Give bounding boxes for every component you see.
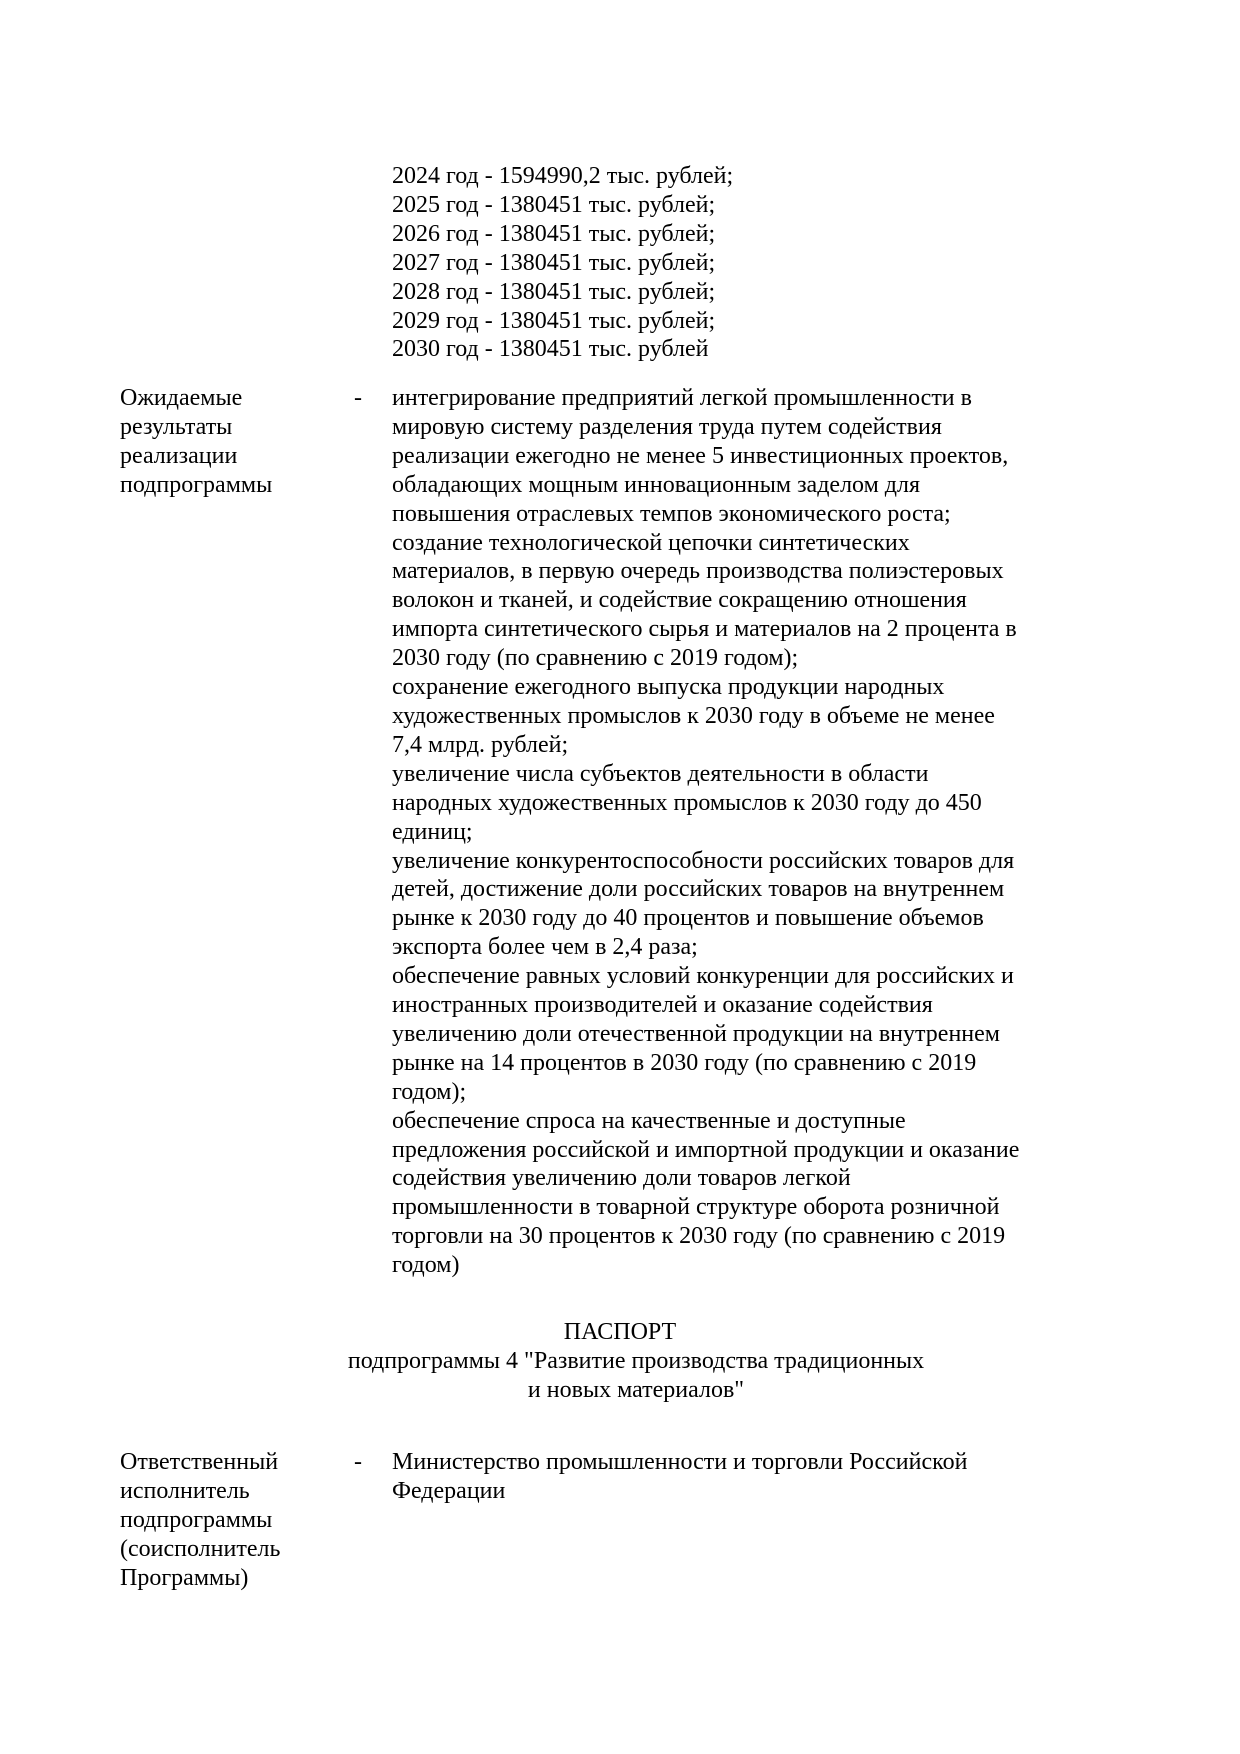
- label-line: Программы): [120, 1564, 350, 1593]
- value-line: детей, достижение доли российских товаро…: [392, 875, 1072, 904]
- funding-line-2026: 2026 год - 1380451 тыс. рублей;: [392, 220, 733, 249]
- funding-line-2025: 2025 год - 1380451 тыс. рублей;: [392, 191, 733, 220]
- value-line: художественных промыслов к 2030 году в о…: [392, 702, 1072, 731]
- value-line: рынке к 2030 году до 40 процентов и повы…: [392, 904, 1072, 933]
- value-line: годом);: [392, 1078, 1072, 1107]
- value-line: 7,4 млрд. рублей;: [392, 731, 1072, 760]
- value-line: торговли на 30 процентов к 2030 году (по…: [392, 1222, 1072, 1251]
- value-line: увеличение числа субъектов деятельности …: [392, 760, 1072, 789]
- label-line: Ожидаемые: [120, 384, 350, 413]
- passport-heading: ПАСПОРТ подпрограммы 4 "Развитие произво…: [0, 1318, 1240, 1405]
- label-line: подпрограммы: [120, 471, 350, 500]
- label-line: (соисполнитель: [120, 1535, 350, 1564]
- passport-subtitle-line-2: и новых материалов": [16, 1376, 1240, 1405]
- value-line: реализации ежегодно не менее 5 инвестици…: [392, 442, 1072, 471]
- value-line: содействия увеличению доли товаров легко…: [392, 1164, 1072, 1193]
- passport-subtitle-line-1: подпрограммы 4 "Развитие производства тр…: [16, 1347, 1240, 1376]
- value-line: увеличение конкурентоспособности российс…: [392, 847, 1072, 876]
- value-line: экспорта более чем в 2,4 раза;: [392, 933, 1072, 962]
- value-line: предложения российской и импортной проду…: [392, 1136, 1072, 1165]
- label-line: реализации: [120, 442, 350, 471]
- label-line: подпрограммы: [120, 1506, 350, 1535]
- expected-results-dash: -: [354, 384, 374, 413]
- value-line: иностранных производителей и оказание со…: [392, 991, 1072, 1020]
- value-line: импорта синтетического сырья и материало…: [392, 615, 1072, 644]
- value-line: волокон и тканей, и содействие сокращени…: [392, 586, 1072, 615]
- value-line: годом): [392, 1251, 1072, 1280]
- funding-line-2030: 2030 год - 1380451 тыс. рублей: [392, 335, 733, 364]
- funding-by-year-list: 2024 год - 1594990,2 тыс. рублей; 2025 г…: [392, 162, 733, 364]
- value-line: сохранение ежегодного выпуска продукции …: [392, 673, 1072, 702]
- value-line: Федерации: [392, 1477, 1072, 1506]
- document-page: 2024 год - 1594990,2 тыс. рублей; 2025 г…: [0, 0, 1240, 1754]
- value-line: материалов, в первую очередь производств…: [392, 557, 1072, 586]
- label-line: исполнитель: [120, 1477, 350, 1506]
- value-line: повышения отраслевых темпов экономическо…: [392, 500, 1072, 529]
- value-line: единиц;: [392, 818, 1072, 847]
- value-line: 2030 году (по сравнению с 2019 годом);: [392, 644, 1072, 673]
- value-line: народных художественных промыслов к 2030…: [392, 789, 1072, 818]
- funding-line-2028: 2028 год - 1380451 тыс. рублей;: [392, 278, 733, 307]
- value-line: обладающих мощным инновационным заделом …: [392, 471, 1072, 500]
- value-line: мировую систему разделения труда путем с…: [392, 413, 1072, 442]
- value-line: увеличению доли отечественной продукции …: [392, 1020, 1072, 1049]
- responsible-executor-label: Ответственный исполнитель подпрограммы (…: [120, 1448, 350, 1593]
- label-line: Ответственный: [120, 1448, 350, 1477]
- value-line: создание технологической цепочки синтети…: [392, 529, 1072, 558]
- responsible-executor-dash: -: [354, 1448, 374, 1477]
- value-line: интегрирование предприятий легкой промыш…: [392, 384, 1072, 413]
- responsible-executor-value: Министерство промышленности и торговли Р…: [392, 1448, 1072, 1506]
- value-line: обеспечение спроса на качественные и дос…: [392, 1107, 1072, 1136]
- funding-line-2027: 2027 год - 1380451 тыс. рублей;: [392, 249, 733, 278]
- value-line: промышленности в товарной структуре обор…: [392, 1193, 1072, 1222]
- value-line: рынке на 14 процентов в 2030 году (по ср…: [392, 1049, 1072, 1078]
- expected-results-label: Ожидаемые результаты реализации подпрогр…: [120, 384, 350, 500]
- expected-results-value: интегрирование предприятий легкой промыш…: [392, 384, 1072, 1280]
- passport-title: ПАСПОРТ: [0, 1318, 1240, 1347]
- funding-line-2024: 2024 год - 1594990,2 тыс. рублей;: [392, 162, 733, 191]
- funding-line-2029: 2029 год - 1380451 тыс. рублей;: [392, 307, 733, 336]
- label-line: результаты: [120, 413, 350, 442]
- value-line: Министерство промышленности и торговли Р…: [392, 1448, 1072, 1477]
- value-line: обеспечение равных условий конкуренции д…: [392, 962, 1072, 991]
